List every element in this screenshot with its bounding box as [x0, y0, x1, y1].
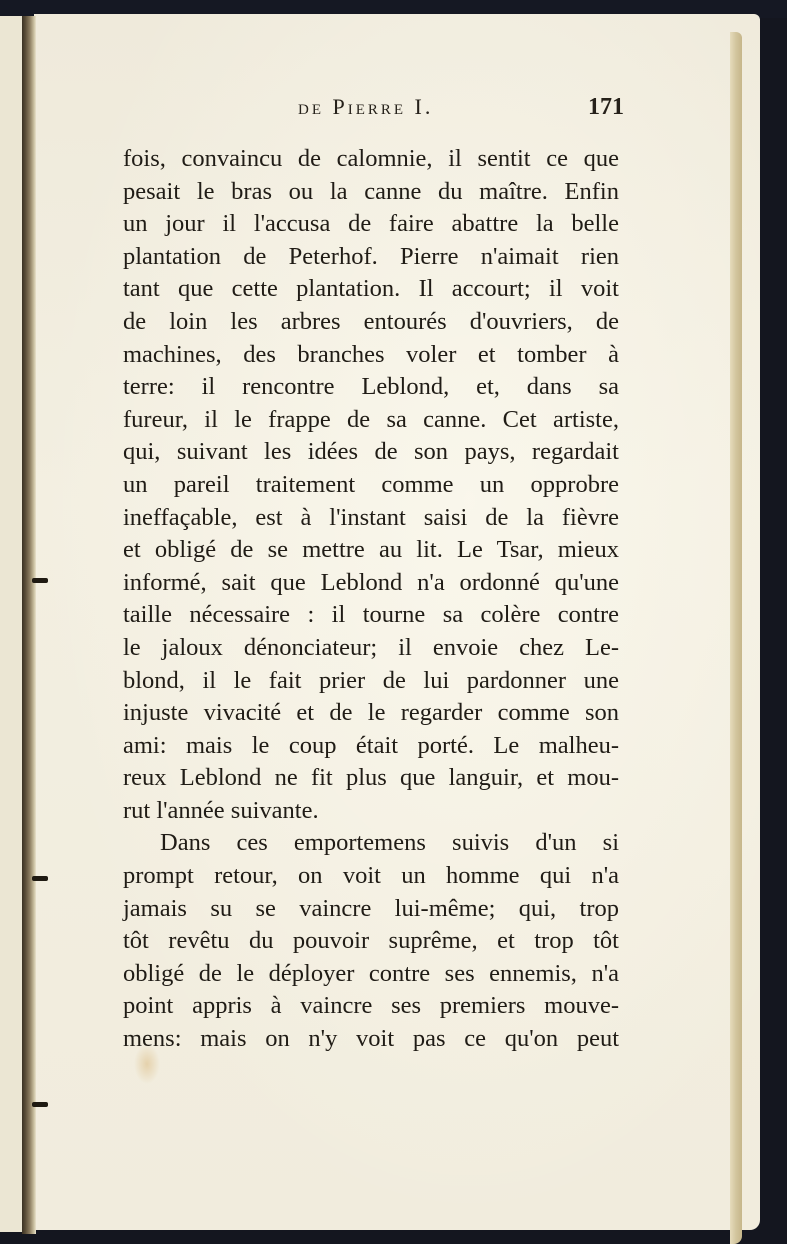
binding-stitch — [32, 876, 48, 881]
text-line: plantation de Peterhof. Pierre n'aimait … — [123, 241, 619, 274]
page-number: 171 — [588, 94, 624, 121]
running-head: de Pierre I. 171 — [298, 94, 628, 124]
text-line: pesait le bras ou la canne du maître. En… — [123, 176, 619, 209]
text-line: fureur, il le frappe de sa canne. Cet ar… — [123, 404, 619, 437]
text-line: blond, il le fait prier de lui pardonner… — [123, 665, 619, 698]
text-line: rut l'année suivante. — [123, 795, 619, 828]
text-line: de loin les arbres entourés d'ouvriers, … — [123, 306, 619, 339]
text-line: prompt retour, on voit un homme qui n'a — [123, 860, 619, 893]
text-line: injuste vivacité et de le regarder comme… — [123, 697, 619, 730]
text-line: qui, suivant les idées de son pays, rega… — [123, 436, 619, 469]
text-line: point appris à vaincre ses premiers mouv… — [123, 990, 619, 1023]
book-gutter — [22, 16, 36, 1234]
text-line: Dans ces emportemens suivis d'un si — [123, 827, 619, 860]
text-line: tôt revêtu du pouvoir suprême, et trop t… — [123, 925, 619, 958]
text-line: ami: mais le coup était porté. Le malheu… — [123, 730, 619, 763]
text-line: fois, convaincu de calomnie, il sentit c… — [123, 143, 619, 176]
text-line: reux Leblond ne fit plus que languir, et… — [123, 762, 619, 795]
text-line: terre: il rencontre Leblond, et, dans sa — [123, 371, 619, 404]
text-line: informé, sait que Leblond n'a ordonné qu… — [123, 567, 619, 600]
text-line: ineffaçable, est à l'instant saisi de la… — [123, 502, 619, 535]
text-line: le jaloux dénonciateur; il envoie chez L… — [123, 632, 619, 665]
text-line: un pareil traitement comme un opprobre — [123, 469, 619, 502]
text-line: jamais su se vaincre lui-même; qui, trop — [123, 893, 619, 926]
text-line: obligé de le déployer contre ses ennemis… — [123, 958, 619, 991]
binding-stitch — [32, 1102, 48, 1107]
page-fore-edge — [730, 32, 742, 1244]
text-line: taille nécessaire : il tourne sa colère … — [123, 599, 619, 632]
body-text: fois, convaincu de calomnie, il sentit c… — [123, 143, 619, 1056]
paragraph: Dans ces emportemens suivis d'un si prom… — [123, 827, 619, 1055]
text-line: tant que cette plantation. Il accourt; i… — [123, 273, 619, 306]
paragraph: fois, convaincu de calomnie, il sentit c… — [123, 143, 619, 827]
text-line: machines, des branches voler et tomber à — [123, 339, 619, 372]
text-line: un jour il l'accusa de faire abattre la … — [123, 208, 619, 241]
text-line: mens: mais on n'y voit pas ce qu'on peut — [123, 1023, 619, 1056]
text-line: et obligé de se mettre au lit. Le Tsar, … — [123, 534, 619, 567]
running-title: de Pierre I. — [298, 94, 433, 120]
binding-stitch — [32, 578, 48, 583]
